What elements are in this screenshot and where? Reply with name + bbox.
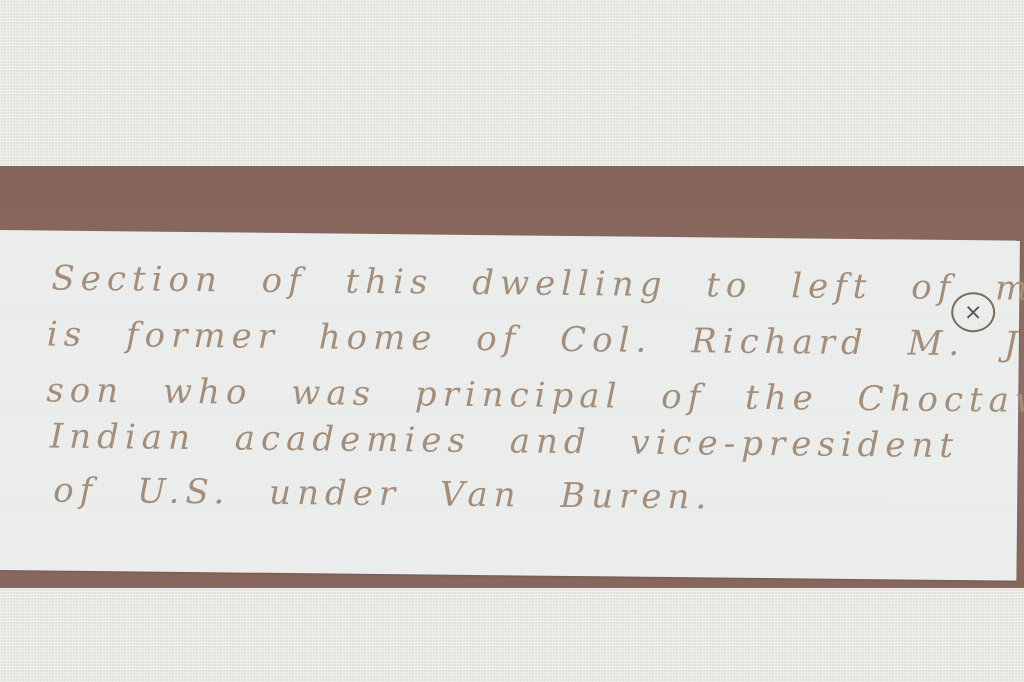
note-line-2: is former home of Col. Richard M. John-: [47, 314, 1024, 365]
handwritten-note-card: Section of this dwelling to left of mark…: [0, 230, 1020, 581]
note-line-1: Section of this dwelling to left of mark: [51, 259, 1024, 310]
note-line-3: son who was principal of the Choctaw: [46, 370, 1024, 421]
note-line-5: of U.S. under Van Buren.: [53, 471, 712, 518]
linen-border-bottom: [0, 588, 1024, 682]
note-line-4: Indian academies and vice-president: [50, 417, 960, 467]
linen-border-top: [0, 0, 1024, 172]
